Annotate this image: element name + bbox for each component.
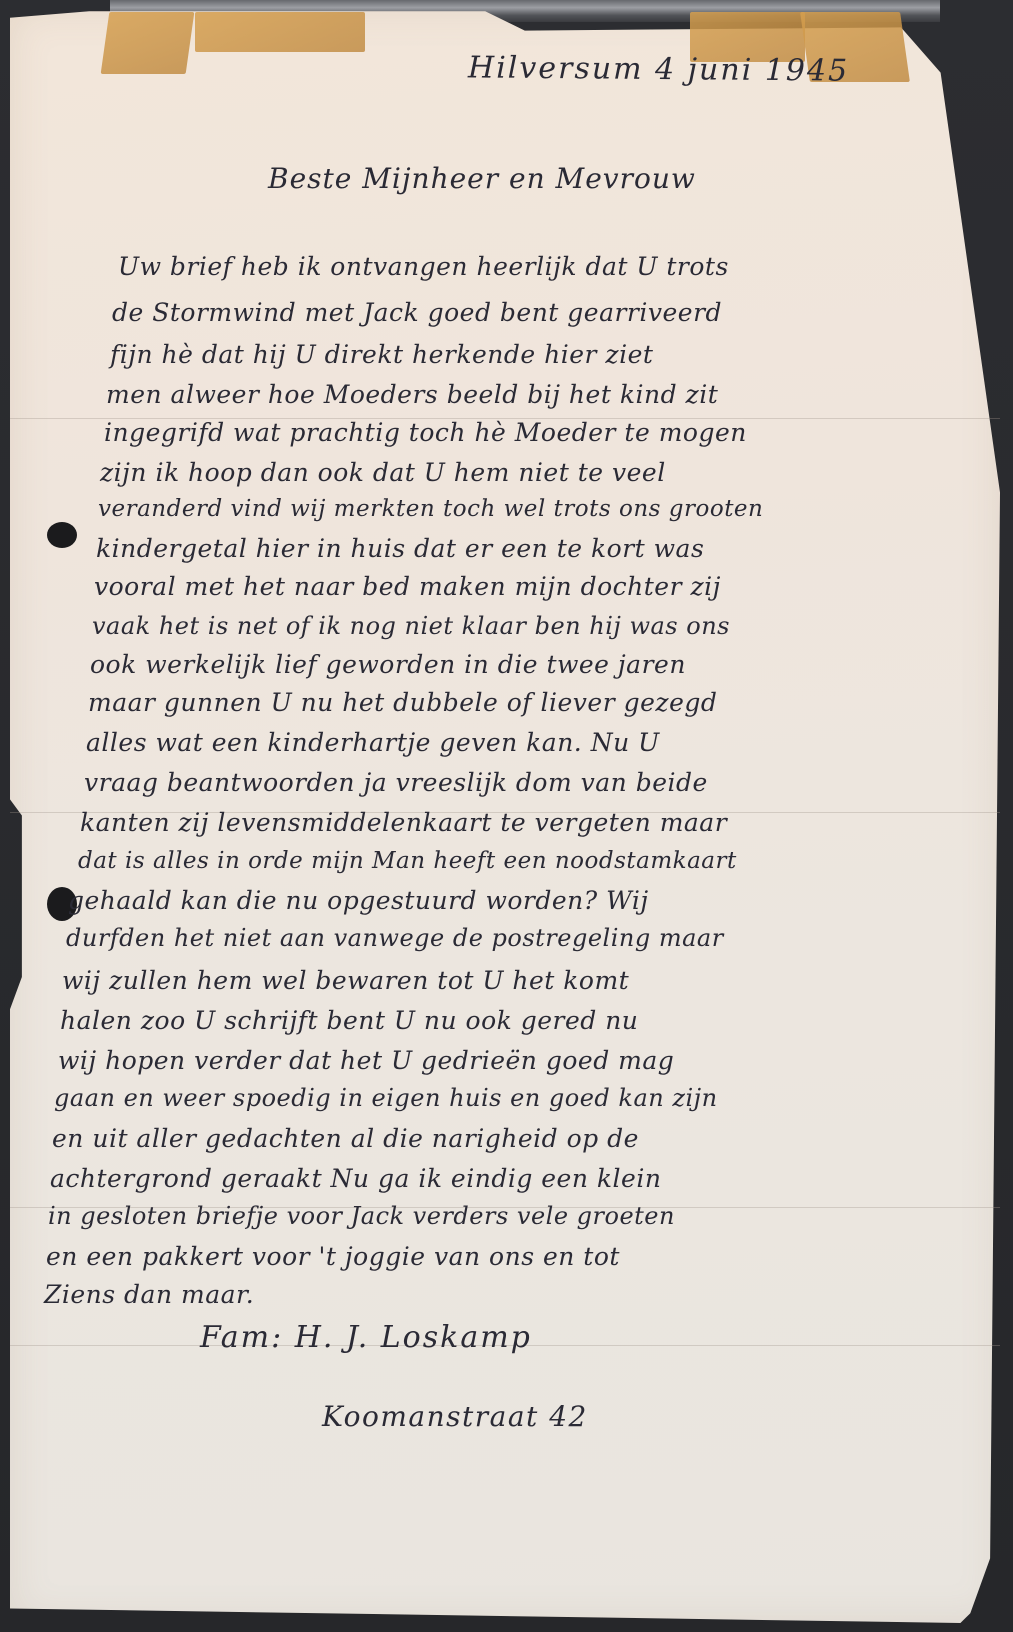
sender-address: Koomanstraat 42 — [322, 1400, 588, 1433]
body-line: ook werkelijk lief geworden in die twee … — [90, 650, 686, 679]
body-line: vraag beantwoorden ja vreeslijk dom van … — [84, 768, 708, 797]
body-line: de Stormwind met Jack goed bent gearrive… — [112, 298, 722, 327]
body-line: ingegrifd wat prachtig toch hè Moeder te… — [104, 418, 747, 447]
letter-signature: Fam: H. J. Loskamp — [200, 1320, 532, 1355]
body-line: gehaald kan die nu opgestuurd worden? Wi… — [68, 886, 649, 915]
body-line: halen zoo U schrijft bent U nu ook gered… — [60, 1006, 638, 1035]
body-line: gaan en weer spoedig in eigen huis en go… — [54, 1084, 718, 1112]
body-line: in gesloten briefje voor Jack verders ve… — [48, 1202, 675, 1230]
letter-content: Hilversum 4 juni 1945 Beste Mijnheer en … — [0, 0, 1013, 1632]
body-line: kanten zij levensmiddelenkaart te verget… — [80, 808, 727, 837]
body-line: dat is alles in orde mijn Man heeft een … — [78, 848, 737, 874]
body-line: vaak het is net of ik nog niet klaar ben… — [92, 612, 730, 640]
body-line: men alweer hoe Moeders beeld bij het kin… — [106, 380, 718, 409]
body-line: zijn ik hoop dan ook dat U hem niet te v… — [100, 458, 666, 487]
body-line: durfden het niet aan vanwege de postrege… — [66, 924, 724, 952]
body-line: alles wat een kinderhartje geven kan. Nu… — [86, 728, 660, 757]
body-line: veranderd vind wij merkten toch wel trot… — [98, 496, 763, 522]
body-line: maar gunnen U nu het dubbele of liever g… — [88, 688, 717, 717]
body-line: kindergetal hier in huis dat er een te k… — [96, 534, 704, 563]
body-line: en een pakkert voor 't joggie van ons en… — [46, 1242, 620, 1271]
letter-place-date: Hilversum 4 juni 1945 — [468, 50, 849, 88]
body-line: fijn hè dat hij U direkt herkende hier z… — [110, 340, 653, 369]
letter-salutation: Beste Mijnheer en Mevrouw — [268, 162, 696, 195]
body-line: achtergrond geraakt Nu ga ik eindig een … — [50, 1164, 661, 1193]
body-line: wij hopen verder dat het U gedrieën goed… — [58, 1046, 674, 1075]
body-line: wij zullen hem wel bewaren tot U het kom… — [62, 966, 629, 995]
body-line: Uw brief heb ik ontvangen heerlijk dat U… — [118, 252, 729, 281]
body-line: vooral met het naar bed maken mijn docht… — [94, 572, 721, 601]
body-line: Ziens dan maar. — [44, 1280, 254, 1309]
body-line: en uit aller gedachten al die narigheid … — [52, 1124, 639, 1153]
